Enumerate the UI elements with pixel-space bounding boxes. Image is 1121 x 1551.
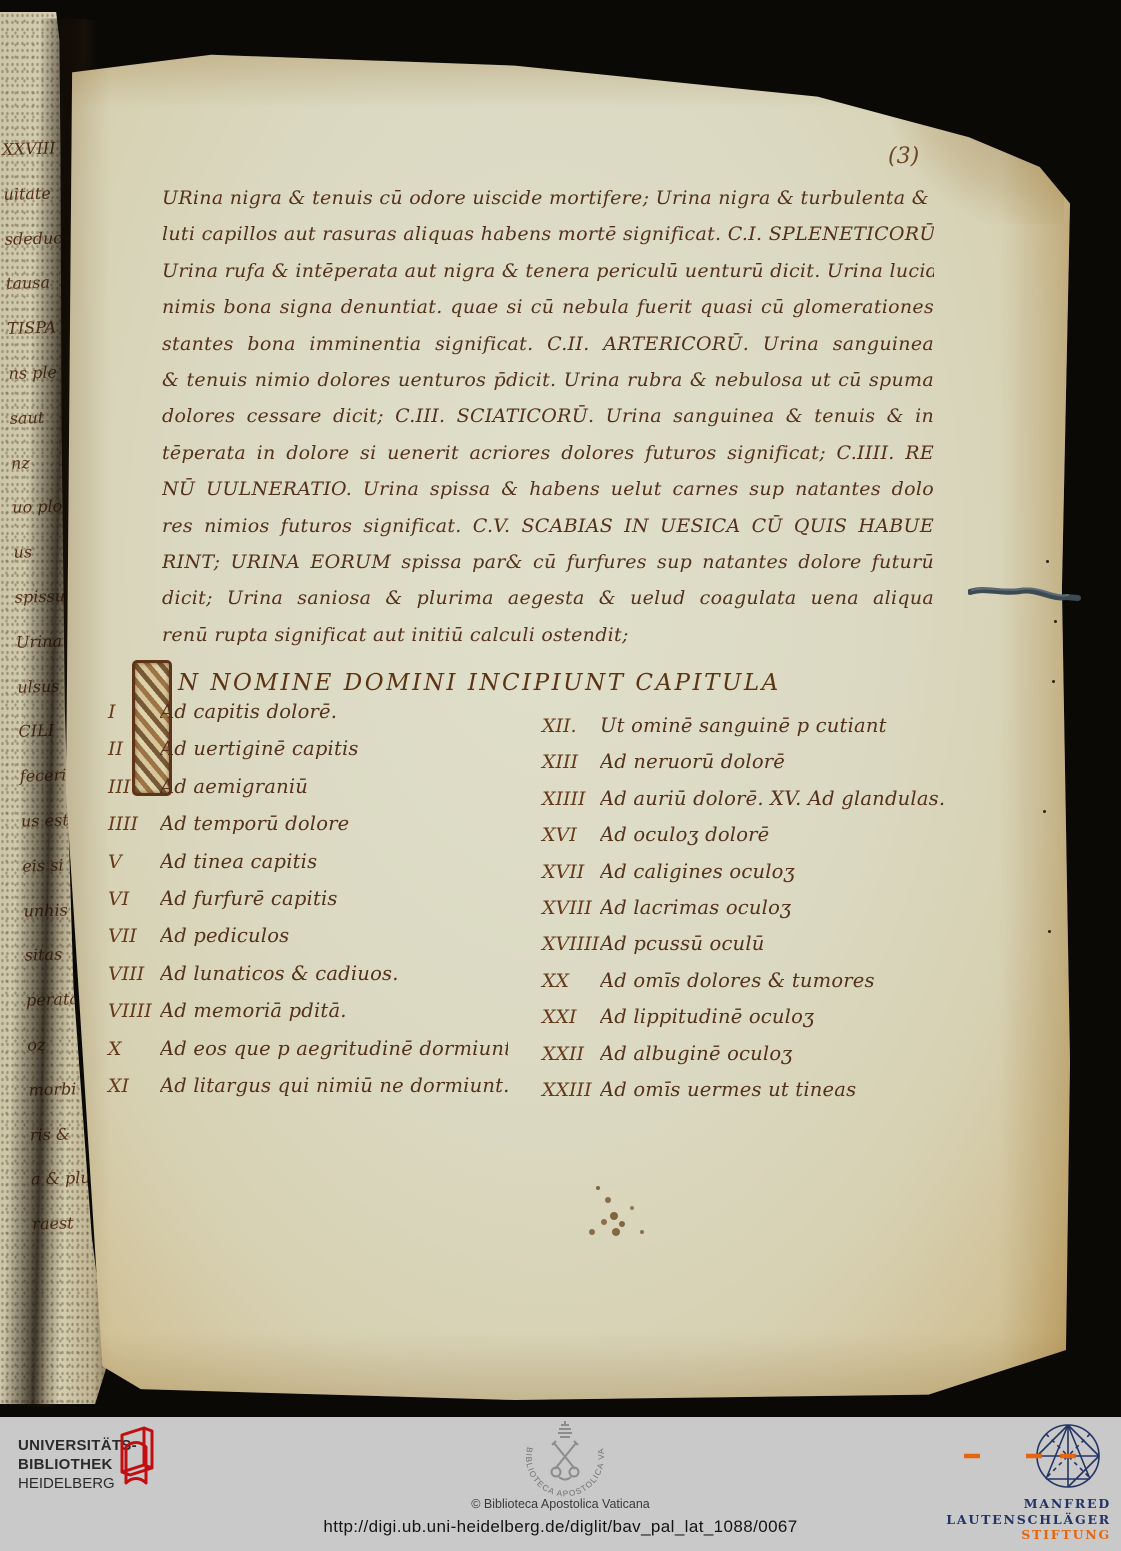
capitula-column-left: I Ad capitis dolorē. II Ad uertiginē cap… [108,700,508,1111]
chapter-title: Ad omīs uermes ut tineas [600,1078,856,1101]
chapter-title: Ad uertiginē capitis [160,737,359,760]
mls-line-1: MANFRED [946,1496,1111,1512]
capitula-entry: XIIII Ad auriū dolorē. XV. Ad glandulas. [542,787,982,823]
chapter-title: Ad aemigraniū [160,775,308,798]
chapter-numeral: IIII [108,813,160,835]
chapter-title: Ad albuginē oculoʒ [600,1042,793,1065]
manuscript-text-line: NŪ UULNERATIO. Urina spissa & habens uel… [162,471,934,507]
chapter-title: Ad tinea capitis [160,850,317,873]
capitula-entry: VIII Ad lunaticos & cadiuos. [108,962,508,999]
footer-bar: UNIVERSITÄTS- BIBLIOTHEK HEIDELBERG BIBL… [0,1417,1121,1551]
capitula-entry: XXII Ad albuginē oculoʒ [542,1042,982,1078]
chapter-title: Ad lunaticos & cadiuos. [160,962,399,985]
chapter-title: Ad capitis dolorē. [160,700,337,723]
chapter-numeral: XX [542,970,600,992]
manuscript-text-line: & tenuis nimio dolores uenturos p̄dicit.… [162,362,934,398]
chapter-title: Ad litargus qui nimiū ne dormiunt. [160,1074,508,1097]
repair-thread [968,576,1084,612]
chapter-numeral: VIII [108,963,160,985]
capitula-entry: XXI Ad lippitudinē oculoʒ [542,1005,982,1041]
chapter-numeral: III [108,776,160,798]
capitula-heading: N NOMINE DOMINI INCIPIUNT CAPITULA [178,670,778,696]
capitula-entry: XXIII Ad omīs uermes ut tineas [542,1078,982,1114]
svg-text:BIBLIOTECA APOSTOLICA VATICANA: BIBLIOTECA APOSTOLICA VATICANA [515,1419,606,1498]
chapter-numeral: XIIII [542,788,600,810]
chapter-title: Ad pediculos [160,924,289,947]
chapter-numeral: VI [108,888,160,910]
chapter-numeral: XIII [542,751,600,773]
ub-book-icon [110,1425,164,1489]
manuscript-text-line: dolores cessare dicit; C.III. SCIATICORŪ… [162,398,934,434]
chapter-numeral: XVIIII [542,933,600,955]
vatican-ring-text: BIBLIOTECA APOSTOLICA VATICANA [515,1419,606,1498]
capitula-entry: VIIII Ad memoriā pditā. [108,999,508,1036]
capitula-entry: III Ad aemigraniū [108,775,508,812]
chapter-numeral: II [108,738,160,760]
chapter-numeral: VII [108,925,160,947]
manuscript-text-line: luti capillos aut rasuras aliquas habens… [162,216,934,252]
capitula-entry: XIII Ad neruorū dolorē [542,750,982,786]
chapter-title: Ad oculoʒ dolorē [600,823,769,846]
chapter-title: Ad auriū dolorē. XV. Ad glandulas. [600,787,945,810]
chapter-title: Ad lippitudinē oculoʒ [600,1005,814,1028]
capitula-entry: XII. Ut ominē sanguinē p cutiant [542,714,982,750]
manuscript-text-line: stantes bona imminentia significat. C.II… [162,326,934,362]
capitula-entry: IIII Ad temporū dolore [108,812,508,849]
chapter-title: Ad omīs dolores & tumores [600,969,875,992]
chapter-title: Ad pcussū oculū [600,932,765,955]
chapter-numeral: XXIII [542,1079,600,1101]
capitula-entry: II Ad uertiginē capitis [108,737,508,774]
main-text-block: URina nigra & tenuis cū odore uiscide mo… [162,180,934,653]
capitula-entry: VII Ad pediculos [108,924,508,961]
chapter-title: Ad temporū dolore [160,812,349,835]
manuscript-text-line: Urina rufa & intēperata aut nigra & tene… [162,253,934,289]
chapter-numeral: XXII [542,1043,600,1065]
manuscript-text-line: dicit; Urina saniosa & plurima aegesta &… [162,580,934,616]
chapter-numeral: XXI [542,1006,600,1028]
capitula-column-right: XII. Ut ominē sanguinē p cutiant XIII Ad… [542,714,982,1114]
ink-blot [596,1186,600,1190]
manuscript-text-line: RINT; URINA EORUM spissa par& cū furfure… [162,544,934,580]
chapter-numeral: XVII [542,861,600,883]
chapter-numeral: X [108,1038,160,1060]
chapter-numeral: VIIII [108,1000,160,1022]
capitula-entry: V Ad tinea capitis [108,850,508,887]
capitula-entry: XVIIII Ad pcussū oculū [542,932,982,968]
chapter-title: Ut ominē sanguinē p cutiant [600,714,887,737]
folio-number: (3) [888,144,919,169]
mls-line-2: LAUTENSCHLÄGER [946,1512,1111,1528]
chapter-title: Ad lacrimas oculoʒ [600,896,791,919]
capitula-entry: I Ad capitis dolorē. [108,700,508,737]
sewing-holes [1046,560,1049,563]
manuscript-text-line: res nimios futuros significat. C.V. SCAB… [162,508,934,544]
capitula-entry: XX Ad omīs dolores & tumores [542,969,982,1005]
chapter-numeral: I [108,701,160,723]
chapter-numeral: V [108,851,160,873]
chapter-title: Ad eos que p aegritudinē dormiunt [160,1037,508,1060]
manuscript-page: (3) URina nigra & tenuis cū odore uiscid… [60,48,1070,1400]
manuscript-text-line: tēperata in dolore si uenerit acriores d… [162,435,934,471]
capitula-entry: XI Ad litargus qui nimiū ne dormiunt. [108,1074,508,1111]
capitula-entry: X Ad eos que p aegritudinē dormiunt [108,1037,508,1074]
mls-wordmark: MANFRED LAUTENSCHLÄGER STIFTUNG [946,1496,1111,1543]
chapter-numeral: XII. [542,715,600,737]
vatican-emblem-icon: BIBLIOTECA APOSTOLICA VATICANA [515,1419,615,1499]
capitula-entry: XVI Ad oculoʒ dolorē [542,823,982,859]
chapter-title: Ad caligines oculoʒ [600,860,795,883]
mls-line-3: STIFTUNG [946,1527,1111,1543]
capitula-entry: VI Ad furfurē capitis [108,887,508,924]
manuscript-text-line: nimis bona signa denuntiat. quae si cū n… [162,289,934,325]
chapter-numeral: XVI [542,824,600,846]
chapter-numeral: XVIII [542,897,600,919]
capitula-entry: XVIII Ad lacrimas oculoʒ [542,896,982,932]
chapter-numeral: XI [108,1075,160,1097]
mls-logo-icon [956,1419,1112,1495]
chapter-title: Ad memoriā pditā. [160,999,347,1022]
manuscript-text-line: renū rupta significat aut initiū calculi… [162,617,934,653]
chapter-title: Ad neruorū dolorē [600,750,785,773]
manuscript-text-line: URina nigra & tenuis cū odore uiscide mo… [162,180,934,216]
chapter-title: Ad furfurē capitis [160,887,338,910]
capitula-entry: XVII Ad caligines oculoʒ [542,860,982,896]
